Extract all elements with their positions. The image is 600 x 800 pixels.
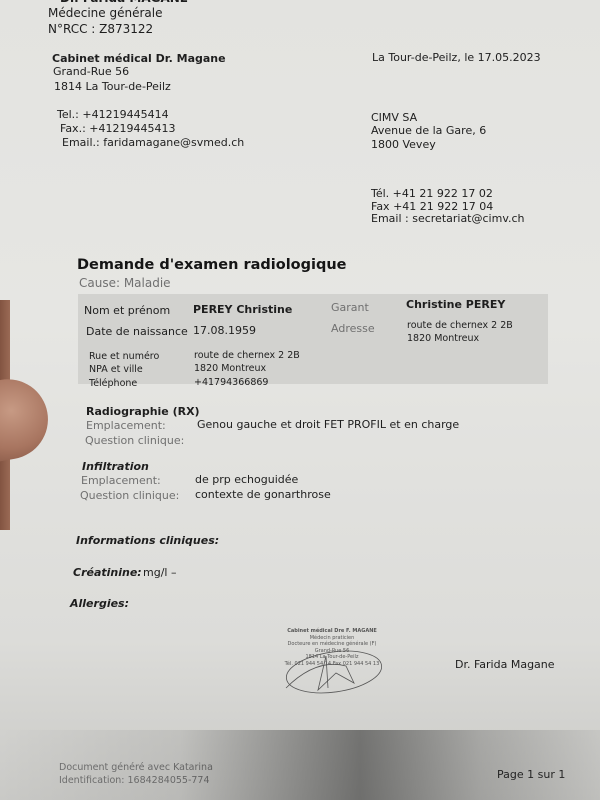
patient-phone-value: +41794366869: [194, 377, 268, 388]
practice-fax: Fax.: +41219445413: [60, 122, 175, 135]
exam-infiltration-location-value: de prp echoguidée: [195, 473, 298, 486]
address-line2: 1820 Montreux: [407, 333, 479, 344]
practice-tel: Tel.: +41219445414: [57, 108, 169, 121]
exam-rx-location-label: Emplacement:: [86, 419, 166, 432]
recipient-name: CIMV SA: [371, 111, 417, 124]
recipient-email: Email : secretariat@cimv.ch: [371, 212, 525, 225]
document-page: Dr. Farida MAGANE Médecine générale N°RC…: [0, 0, 600, 800]
patient-city-value: 1820 Montreux: [194, 363, 266, 374]
patient-city-label: NPA et ville: [89, 364, 143, 375]
sender-rcc: N°RCC : Z873122: [48, 22, 153, 36]
practice-street: Grand-Rue 56: [53, 65, 129, 78]
recipient-city: 1800 Vevey: [371, 138, 436, 151]
guarantor-label: Garant: [331, 301, 369, 314]
recipient-street: Avenue de la Gare, 6: [371, 124, 486, 137]
exam-rx-location-value: Genou gauche et droit FET PROFIL et en c…: [197, 418, 459, 431]
exam-infiltration-question-label: Question clinique:: [80, 489, 179, 502]
sender-name-clipped: Dr. Farida MAGANE: [60, 0, 188, 5]
signature-name: Dr. Farida Magane: [455, 658, 555, 671]
practice-stamp: Cabinet médical Dre F. MAGANE Médecin pr…: [276, 628, 388, 698]
patient-dob-label: Date de naissance: [86, 325, 188, 338]
creatinine-label: Créatinine:: [73, 566, 142, 579]
footer-identification: Identification: 1684284055-774: [59, 775, 210, 786]
practice-email: Email.: faridamagane@svmed.ch: [62, 136, 244, 149]
exam-infiltration-location-label: Emplacement:: [81, 474, 161, 487]
place-date: La Tour-de-Peilz, le 17.05.2023: [372, 51, 541, 64]
exam-rx-title: Radiographie (RX): [86, 405, 200, 418]
patient-name-value: PEREY Christine: [193, 303, 292, 316]
document-cause: Cause: Maladie: [79, 276, 171, 290]
patient-street-label: Rue et numéro: [89, 351, 159, 362]
patient-name-label: Nom et prénom: [84, 304, 170, 317]
signature-scribble-icon: [276, 628, 388, 698]
exam-rx-question-label: Question clinique:: [85, 434, 184, 447]
address-label: Adresse: [331, 322, 375, 335]
patient-dob-value: 17.08.1959: [193, 324, 256, 337]
footer-generated: Document généré avec Katarina: [59, 762, 213, 773]
guarantor-value: Christine PEREY: [406, 298, 505, 311]
patient-street-value: route de chernex 2 2B: [194, 350, 300, 361]
address-line1: route de chernex 2 2B: [407, 320, 513, 331]
practice-city: 1814 La Tour-de-Peilz: [54, 80, 171, 93]
exam-infiltration-title: Infiltration: [82, 460, 149, 473]
creatinine-value: mg/l –: [143, 566, 176, 579]
footer-page: Page 1 sur 1: [497, 768, 565, 781]
patient-phone-label: Téléphone: [89, 378, 137, 389]
document-title: Demande d'examen radiologique: [77, 257, 347, 273]
allergies-label: Allergies:: [70, 597, 129, 610]
clinical-info-label: Informations cliniques:: [76, 534, 219, 547]
recipient-tel: Tél. +41 21 922 17 02: [371, 187, 493, 200]
sender-specialty: Médecine générale: [48, 6, 162, 20]
exam-infiltration-question-value: contexte de gonarthrose: [195, 488, 331, 501]
practice-name: Cabinet médical Dr. Magane: [52, 52, 226, 65]
